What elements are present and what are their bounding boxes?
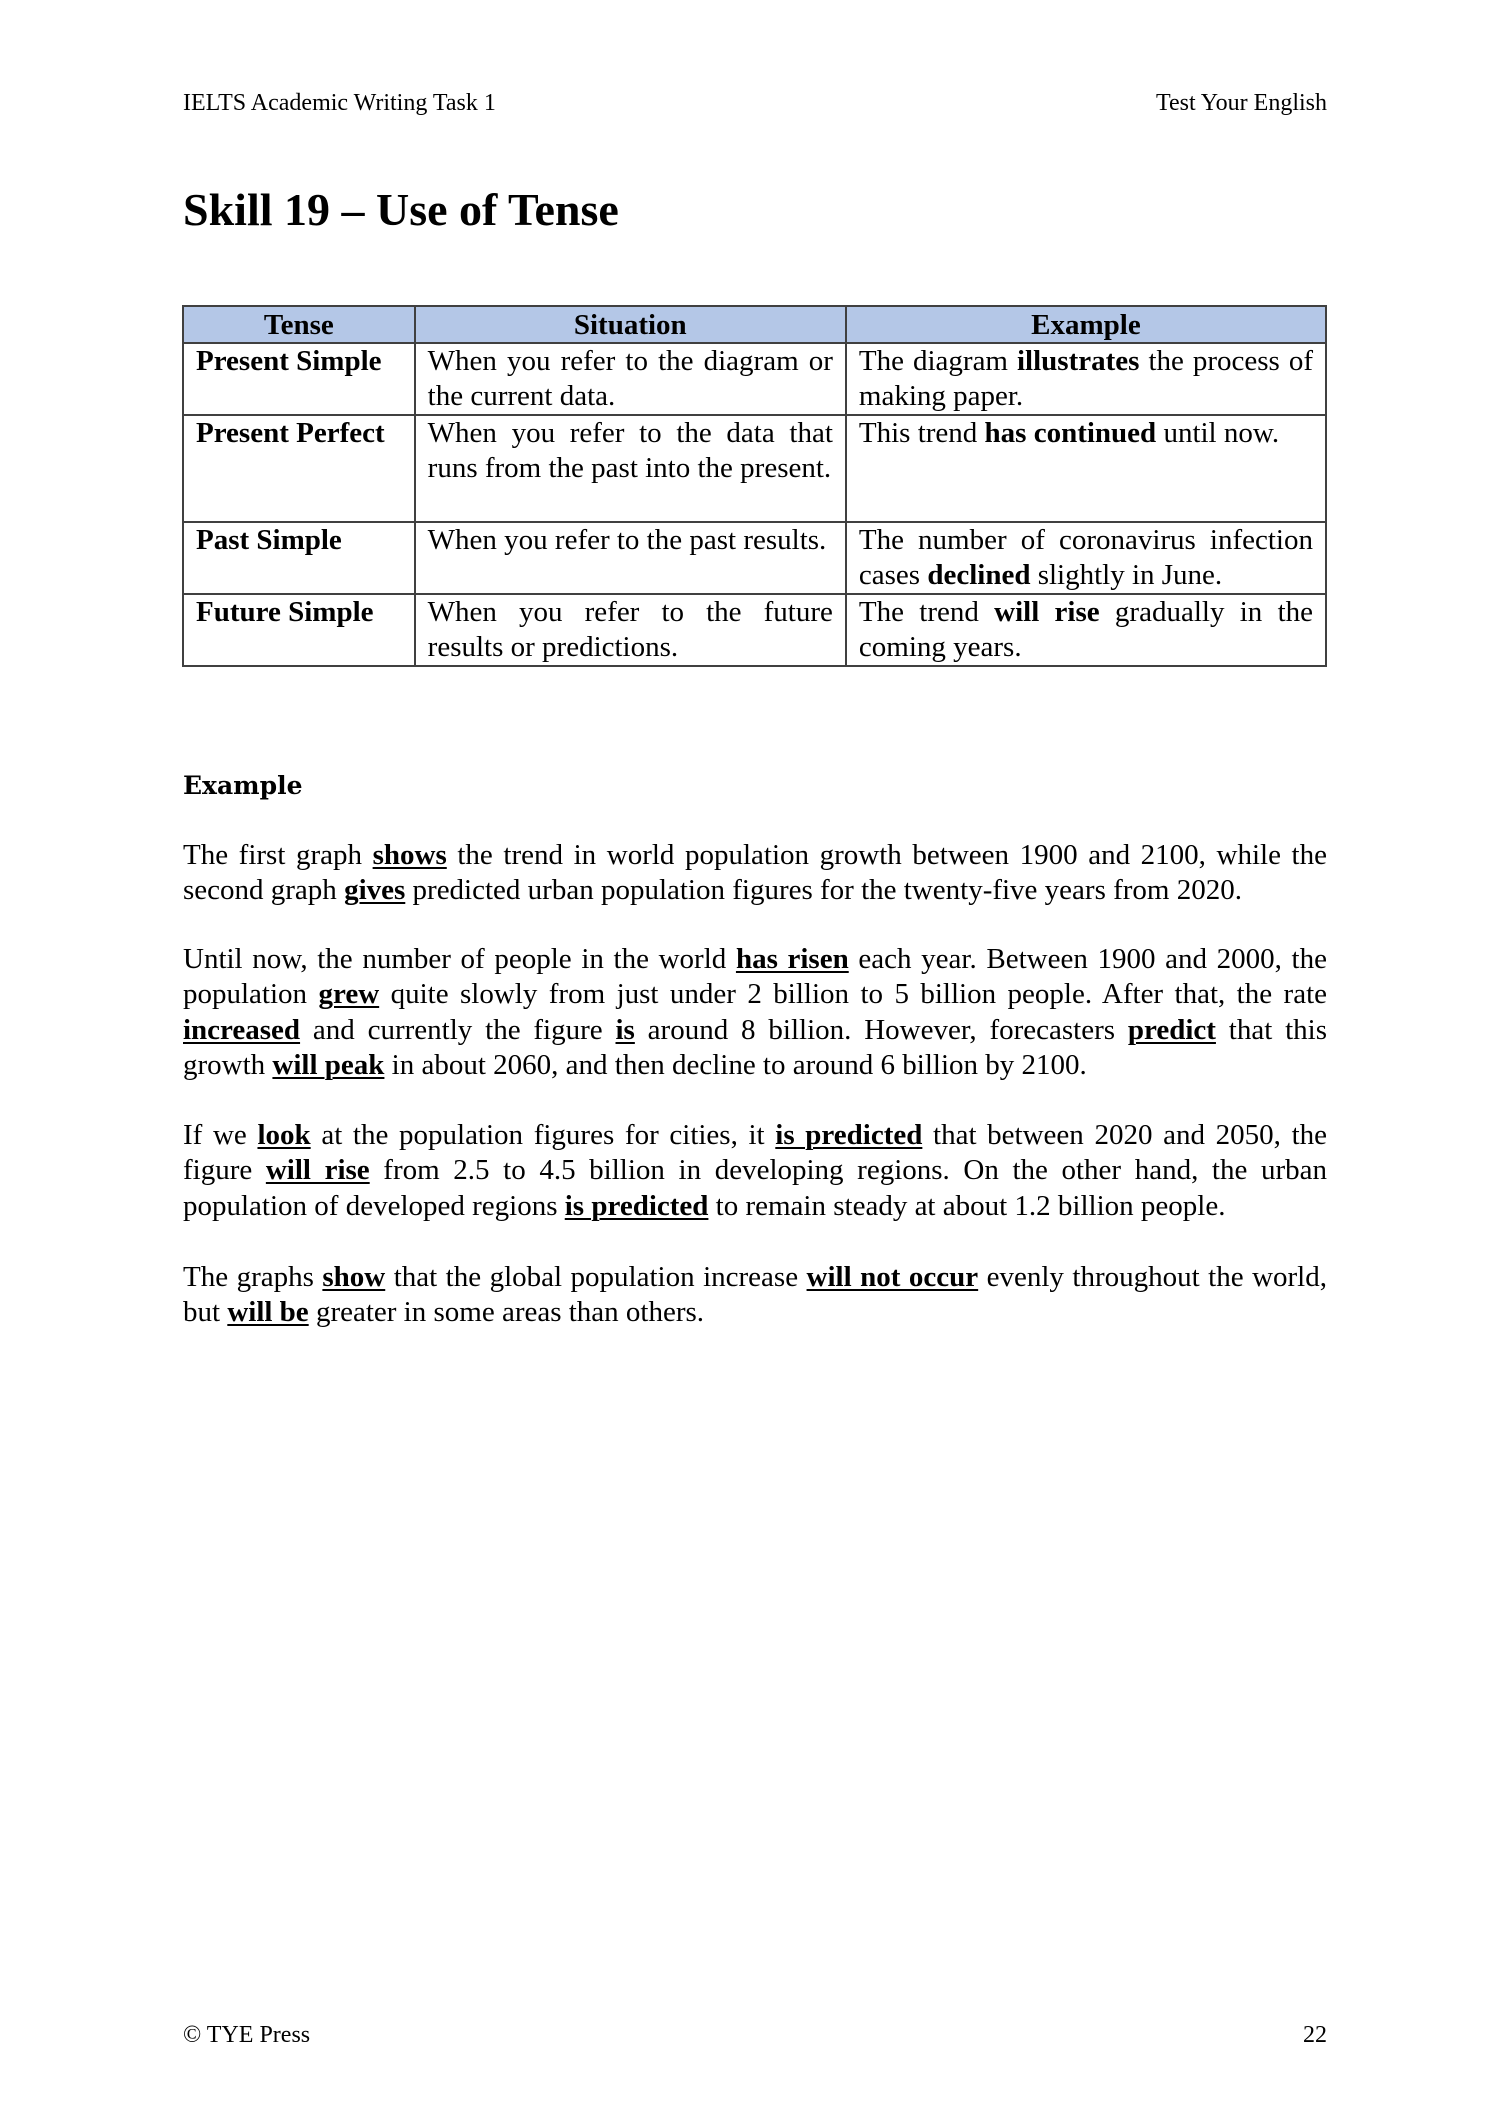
highlighted-verb: show <box>322 1261 385 1293</box>
highlighted-verb: will rise <box>266 1154 370 1186</box>
tense-cell: Present Simple <box>183 343 415 415</box>
table-row: Present SimpleWhen you refer to the diag… <box>183 343 1326 415</box>
example-paragraph-4: The graphs show that the global populati… <box>183 1260 1327 1331</box>
header-series-title: Test Your English <box>1156 88 1327 118</box>
example-cell: The number of coronavirus infection case… <box>846 522 1326 594</box>
example-cell: The trend will rise gradually in the com… <box>846 594 1326 666</box>
tense-cell: Future Simple <box>183 594 415 666</box>
table-row: Future SimpleWhen you refer to the futur… <box>183 594 1326 666</box>
page-number: 22 <box>1303 2020 1327 2050</box>
table-row: Past SimpleWhen you refer to the past re… <box>183 522 1326 594</box>
table-header-row: Tense Situation Example <box>183 306 1326 343</box>
running-header: IELTS Academic Writing Task 1 Test Your … <box>183 88 1327 118</box>
highlighted-verb: grew <box>318 978 379 1010</box>
situation-cell: When you refer to the past results. <box>415 522 846 594</box>
example-cell: The diagram illustrates the process of m… <box>846 343 1326 415</box>
situation-cell: When you refer to the diagram or the cur… <box>415 343 846 415</box>
highlighted-verb: shows <box>373 839 447 871</box>
highlighted-verb: will be <box>227 1296 308 1328</box>
running-footer: © TYE Press 22 <box>183 2020 1327 2050</box>
highlighted-verb: look <box>257 1119 310 1151</box>
tense-verb: has continued <box>985 417 1157 449</box>
highlighted-verb: is predicted <box>775 1119 922 1151</box>
highlighted-verb: will not occur <box>807 1261 979 1293</box>
example-paragraph-3: If we look at the population figures for… <box>183 1118 1327 1224</box>
column-header-example: Example <box>846 306 1326 343</box>
situation-cell: When you refer to the future results or … <box>415 594 846 666</box>
column-header-tense: Tense <box>183 306 415 343</box>
highlighted-verb: increased <box>183 1014 300 1046</box>
highlighted-verb: is predicted <box>565 1190 709 1222</box>
highlighted-verb: predict <box>1128 1014 1216 1046</box>
highlighted-verb: will peak <box>272 1049 384 1081</box>
tense-verb: illustrates <box>1017 345 1139 377</box>
example-heading: Example <box>183 769 303 803</box>
footer-copyright: © TYE Press <box>183 2020 310 2050</box>
highlighted-verb: is <box>616 1014 635 1046</box>
example-paragraph-2: Until now, the number of people in the w… <box>183 942 1327 1083</box>
highlighted-verb: gives <box>344 874 405 906</box>
header-book-title: IELTS Academic Writing Task 1 <box>183 88 496 118</box>
situation-cell: When you refer to the data that runs fro… <box>415 415 846 522</box>
tense-cell: Present Perfect <box>183 415 415 522</box>
tense-verb: will rise <box>994 596 1100 628</box>
example-cell: This trend has continued until now. <box>846 415 1326 522</box>
tense-table: Tense Situation Example Present SimpleWh… <box>182 305 1327 667</box>
table-row: Present PerfectWhen you refer to the dat… <box>183 415 1326 522</box>
highlighted-verb: has risen <box>736 943 849 975</box>
example-paragraph-1: The first graph shows the trend in world… <box>183 838 1327 909</box>
page-title: Skill 19 – Use of Tense <box>183 180 619 240</box>
column-header-situation: Situation <box>415 306 846 343</box>
tense-verb: declined <box>927 559 1030 591</box>
tense-cell: Past Simple <box>183 522 415 594</box>
